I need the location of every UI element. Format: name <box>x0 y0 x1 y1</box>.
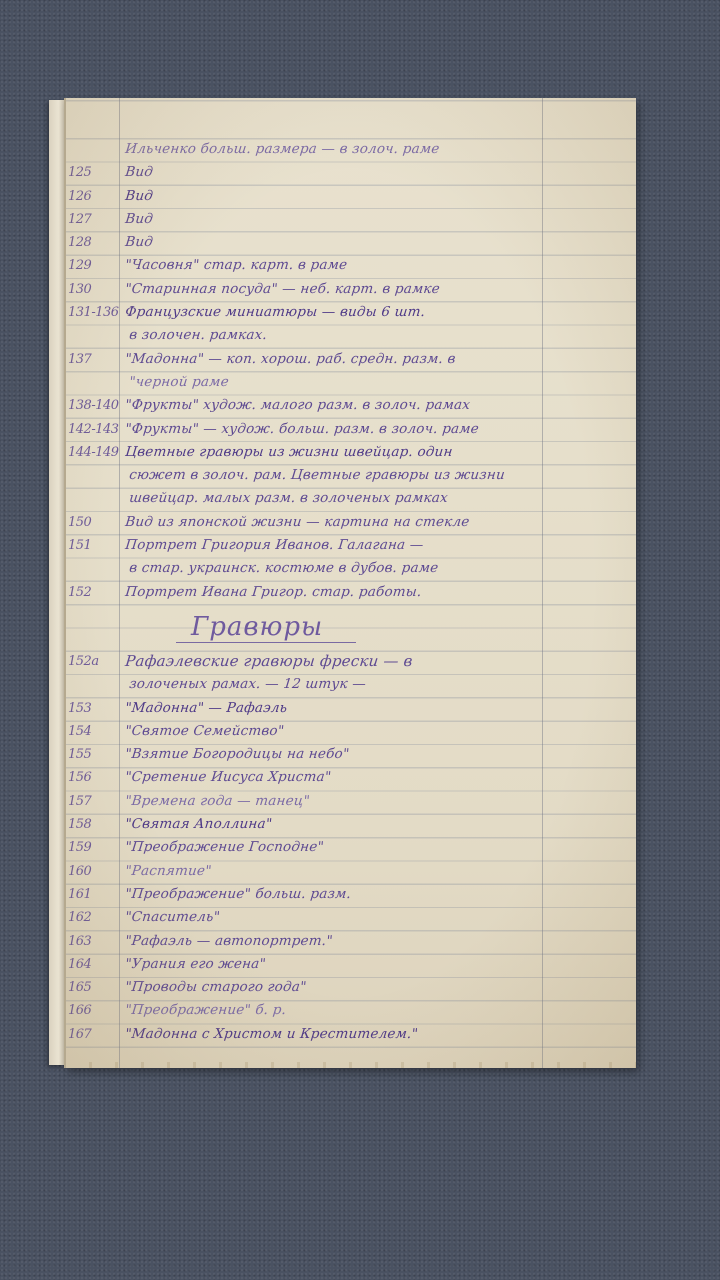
item-number: 152 <box>68 581 124 604</box>
item-number: 153 <box>68 697 124 720</box>
item-number: 126 <box>68 185 124 208</box>
item-number: 150 <box>68 511 124 534</box>
item-description: Французские миниатюры — виды 6 шт. <box>124 301 426 324</box>
ledger-row: 138-140"Фрукты" худож. малого разм. в зо… <box>66 394 636 417</box>
item-number: 129 <box>68 254 124 277</box>
item-description: "Старинная посуда" — неб. карт. в рамке <box>124 278 441 301</box>
item-description: "Времена года — танец" <box>124 790 311 813</box>
item-description: Портрет Ивана Григор. стар. работы. <box>124 581 423 604</box>
item-number: 155 <box>68 743 124 766</box>
ledger-row: 153"Мадонна" — Рафаэль <box>66 697 636 720</box>
ledger-row: 126Вид <box>66 185 636 208</box>
item-number: 159 <box>68 836 124 859</box>
item-description: "Распятие" <box>124 860 213 883</box>
ledger-row: 159"Преображение Господне" <box>66 836 636 859</box>
torn-bottom-edge <box>66 1062 636 1068</box>
ledger-entries: Ильченко больш. размера — в золоч. раме … <box>66 138 636 1046</box>
ledger-row: 129"Часовня" стар. карт. в раме <box>66 254 636 277</box>
ledger-row: 167"Мадонна с Христом и Крестителем." <box>66 1023 636 1046</box>
item-number: 154 <box>68 720 124 743</box>
item-description: Вид из японской жизни — картина на стекл… <box>124 511 471 534</box>
item-number: 152а <box>68 650 124 673</box>
item-description: Вид <box>124 231 154 254</box>
item-description: "Рафаэль — автопортрет." <box>124 930 334 953</box>
item-number: 142-143 <box>68 418 124 441</box>
item-description: Рафаэлевские гравюры фрески — в <box>124 650 414 673</box>
ledger-row: 163"Рафаэль — автопортрет." <box>66 930 636 953</box>
section-heading: Гравюры <box>66 604 636 650</box>
item-description: Вид <box>124 208 154 231</box>
ledger-page: Ильченко больш. размера — в золоч. раме … <box>64 98 636 1068</box>
item-number: 157 <box>68 790 124 813</box>
photo-background: Ильченко больш. размера — в золоч. раме … <box>0 0 720 1280</box>
ledger-row: 151Портрет Григория Иванов. Галагана — <box>66 534 636 557</box>
item-description: швейцар. малых разм. в золоченых рамках <box>128 487 449 510</box>
item-description: "Часовня" стар. карт. в раме <box>124 254 348 277</box>
item-description: "Мадонна с Христом и Крестителем." <box>124 1023 419 1046</box>
ledger-row: 154"Святое Семейство" <box>66 720 636 743</box>
item-description: в золочен. рамках. <box>128 324 268 347</box>
item-description: "Преображение" больш. разм. <box>124 883 352 906</box>
item-description: "Святое Семейство" <box>124 720 285 743</box>
ledger-row: золоченых рамах. — 12 штук — <box>66 673 636 696</box>
ledger-row: 164"Урания его жена" <box>66 953 636 976</box>
item-description: "Святая Аполлина" <box>124 813 273 836</box>
item-number: 127 <box>68 208 124 231</box>
item-number: 144-149 <box>68 441 124 464</box>
item-description: "Проводы старого года" <box>124 976 308 999</box>
item-description: "Мадонна" — коп. хорош. раб. средн. разм… <box>124 348 457 371</box>
ledger-row: в стар. украинск. костюме в дубов. раме <box>66 557 636 580</box>
ledger-row: 128Вид <box>66 231 636 254</box>
item-number: 167 <box>68 1023 124 1046</box>
item-description: сюжет в золоч. рам. Цветные гравюры из ж… <box>128 464 506 487</box>
item-number: 161 <box>68 883 124 906</box>
ledger-row: 150Вид из японской жизни — картина на ст… <box>66 511 636 534</box>
ledger-row: 125Вид <box>66 161 636 184</box>
section-heading-text: Гравюры <box>191 604 323 650</box>
item-number: 130 <box>68 278 124 301</box>
item-number: 165 <box>68 976 124 999</box>
item-number: 125 <box>68 161 124 184</box>
item-number: 162 <box>68 906 124 929</box>
ledger-row: 165"Проводы старого года" <box>66 976 636 999</box>
ledger-row: 130"Старинная посуда" — неб. карт. в рам… <box>66 278 636 301</box>
item-description: "Преображение" б. р. <box>124 999 287 1022</box>
section-heading-underline <box>176 642 356 643</box>
item-number: 156 <box>68 766 124 789</box>
item-number: 151 <box>68 534 124 557</box>
item-number: 131-136 <box>68 301 124 324</box>
item-description: "черной раме <box>128 371 230 394</box>
item-description: "Мадонна" — Рафаэль <box>124 697 288 720</box>
item-description: "Фрукты" худож. малого разм. в золоч. ра… <box>124 394 471 417</box>
item-description: Портрет Григория Иванов. Галагана — <box>124 534 425 557</box>
ledger-row: 156"Сретение Иисуса Христа" <box>66 766 636 789</box>
ledger-row: швейцар. малых разм. в золоченых рамках <box>66 487 636 510</box>
item-description: "Взятие Богородицы на небо" <box>124 743 350 766</box>
ledger-row: 137"Мадонна" — коп. хорош. раб. средн. р… <box>66 348 636 371</box>
item-number: 137 <box>68 348 124 371</box>
ledger-row: 144-149Цветные гравюры из жизни швейцар.… <box>66 441 636 464</box>
item-number: 128 <box>68 231 124 254</box>
item-description: "Фрукты" — худож. больш. разм. в золоч. … <box>124 418 480 441</box>
item-description: Цветные гравюры из жизни швейцар. один <box>124 441 454 464</box>
item-description: "Преображение Господне" <box>124 836 325 859</box>
item-number: 138-140 <box>68 394 124 417</box>
item-description: Вид <box>124 161 154 184</box>
ledger-row: сюжет в золоч. рам. Цветные гравюры из ж… <box>66 464 636 487</box>
ledger-row: 127Вид <box>66 208 636 231</box>
ledger-row: "черной раме <box>66 371 636 394</box>
item-description: Ильченко больш. размера — в золоч. раме <box>124 138 441 161</box>
ledger-row: 160"Распятие" <box>66 860 636 883</box>
ledger-row: 158"Святая Аполлина" <box>66 813 636 836</box>
ledger-row: 131-136Французские миниатюры — виды 6 шт… <box>66 301 636 324</box>
item-description: в стар. украинск. костюме в дубов. раме <box>128 557 440 580</box>
item-number: 164 <box>68 953 124 976</box>
ledger-row: 162"Спаситель" <box>66 906 636 929</box>
item-description: золоченых рамах. — 12 штук — <box>128 673 367 696</box>
ledger-row: 166"Преображение" б. р. <box>66 999 636 1022</box>
ledger-row: 155"Взятие Богородицы на небо" <box>66 743 636 766</box>
item-description: Вид <box>124 185 154 208</box>
item-number: 160 <box>68 860 124 883</box>
ledger-row: 157"Времена года — танец" <box>66 790 636 813</box>
ledger-row: 142-143"Фрукты" — худож. больш. разм. в … <box>66 418 636 441</box>
item-number: 166 <box>68 999 124 1022</box>
ledger-row: в золочен. рамках. <box>66 324 636 347</box>
ledger-row: 152аРафаэлевские гравюры фрески — в <box>66 650 636 673</box>
ledger-row: Ильченко больш. размера — в золоч. раме <box>66 138 636 161</box>
ledger-row: 152Портрет Ивана Григор. стар. работы. <box>66 581 636 604</box>
item-number: 158 <box>68 813 124 836</box>
ledger-row: 161"Преображение" больш. разм. <box>66 883 636 906</box>
item-description: "Спаситель" <box>124 906 221 929</box>
item-number: 163 <box>68 930 124 953</box>
item-description: "Урания его жена" <box>124 953 267 976</box>
item-description: "Сретение Иисуса Христа" <box>124 766 332 789</box>
